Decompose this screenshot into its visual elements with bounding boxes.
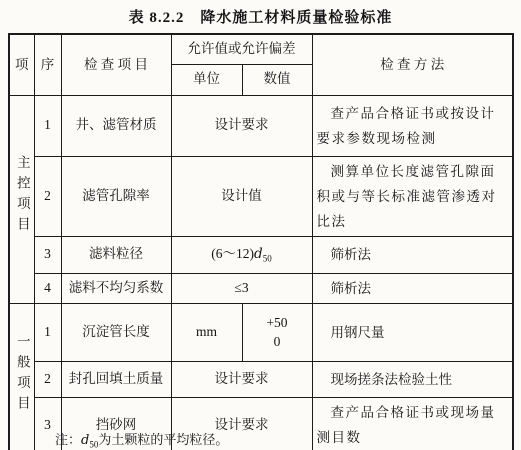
row-method: 查产品合格证书或按设计要求参数现场检测 [312, 95, 513, 156]
row-seq: 4 [34, 273, 61, 303]
row-allowed: 设计要求 [171, 361, 312, 397]
row-seq: 1 [34, 303, 61, 361]
row-method: 查产品合格证书或现场量测目数 [312, 397, 513, 450]
row-item: 滤料粒径 [61, 236, 171, 273]
table-caption: 表 8.2.2 降水施工材料质量检验标准 [0, 6, 521, 27]
row-item: 沉淀管长度 [61, 303, 171, 361]
row-method: 筛析法 [312, 273, 513, 303]
row-item: 封孔回填土质量 [61, 361, 171, 397]
header-check-method: 检 查 方 法 [312, 34, 513, 95]
row-item: 滤料不均匀系数 [61, 273, 171, 303]
group-label-general: 一般项目 [9, 303, 34, 450]
row-seq: 3 [34, 236, 61, 273]
header-allowed-value: 允许值或允许偏差 [171, 34, 312, 64]
row-method: 测算单位长度滤管孔隙面积或与等长标准滤管渗透对比法 [312, 156, 513, 236]
row-allowed: 设计要求 [171, 95, 312, 156]
row-method: 现场搓条法检验土性 [312, 361, 513, 397]
table-row: 主控项目 1 井、滤管材质 设计要求 查产品合格证书或按设计要求参数现场检测 [9, 95, 513, 156]
row-item: 井、滤管材质 [61, 95, 171, 156]
tolerance-lower: 0 [243, 332, 312, 351]
header-seq: 序 [34, 34, 61, 95]
group-label-main-control: 主控项目 [9, 95, 34, 303]
row-value: +50 0 [242, 303, 312, 361]
table-row: 2 滤管孔隙率 设计值 测算单位长度滤管孔隙面积或与等长标准滤管渗透对比法 [9, 156, 513, 236]
table-row: 2 封孔回填土质量 设计要求 现场搓条法检验土性 [9, 361, 513, 397]
row-method: 用钢尺量 [312, 303, 513, 361]
header-group: 项 [9, 34, 34, 95]
row-method: 筛析法 [312, 236, 513, 273]
row-item: 滤管孔隙率 [61, 156, 171, 236]
row-seq: 2 [34, 361, 61, 397]
quality-inspection-table: 项 序 检 查 项 目 允许值或允许偏差 检 查 方 法 单位 数值 主控项目 … [8, 33, 514, 450]
header-unit: 单位 [171, 64, 242, 95]
row-seq: 2 [34, 156, 61, 236]
row-allowed: ≤3 [171, 273, 312, 303]
header-value: 数值 [242, 64, 312, 95]
row-unit: mm [171, 303, 242, 361]
d50-variable: d [254, 246, 263, 262]
tolerance-upper: +50 [243, 313, 312, 332]
table-row: 4 滤料不均匀系数 ≤3 筛析法 [9, 273, 513, 303]
table-row: 一般项目 1 沉淀管长度 mm +50 0 用钢尺量 [9, 303, 513, 361]
row-allowed: 设计值 [171, 156, 312, 236]
header-check-item: 检 查 项 目 [61, 34, 171, 95]
scanned-table-page: 表 8.2.2 降水施工材料质量检验标准 项 序 检 查 项 目 允许值或允许偏… [0, 0, 521, 450]
row-seq: 1 [34, 95, 61, 156]
footnote: 注：d50为土颗粒的平均粒径。 [55, 429, 228, 448]
row-allowed: (6～12)d50 [171, 236, 312, 273]
table-row: 3 滤料粒径 (6～12)d50 筛析法 [9, 236, 513, 273]
